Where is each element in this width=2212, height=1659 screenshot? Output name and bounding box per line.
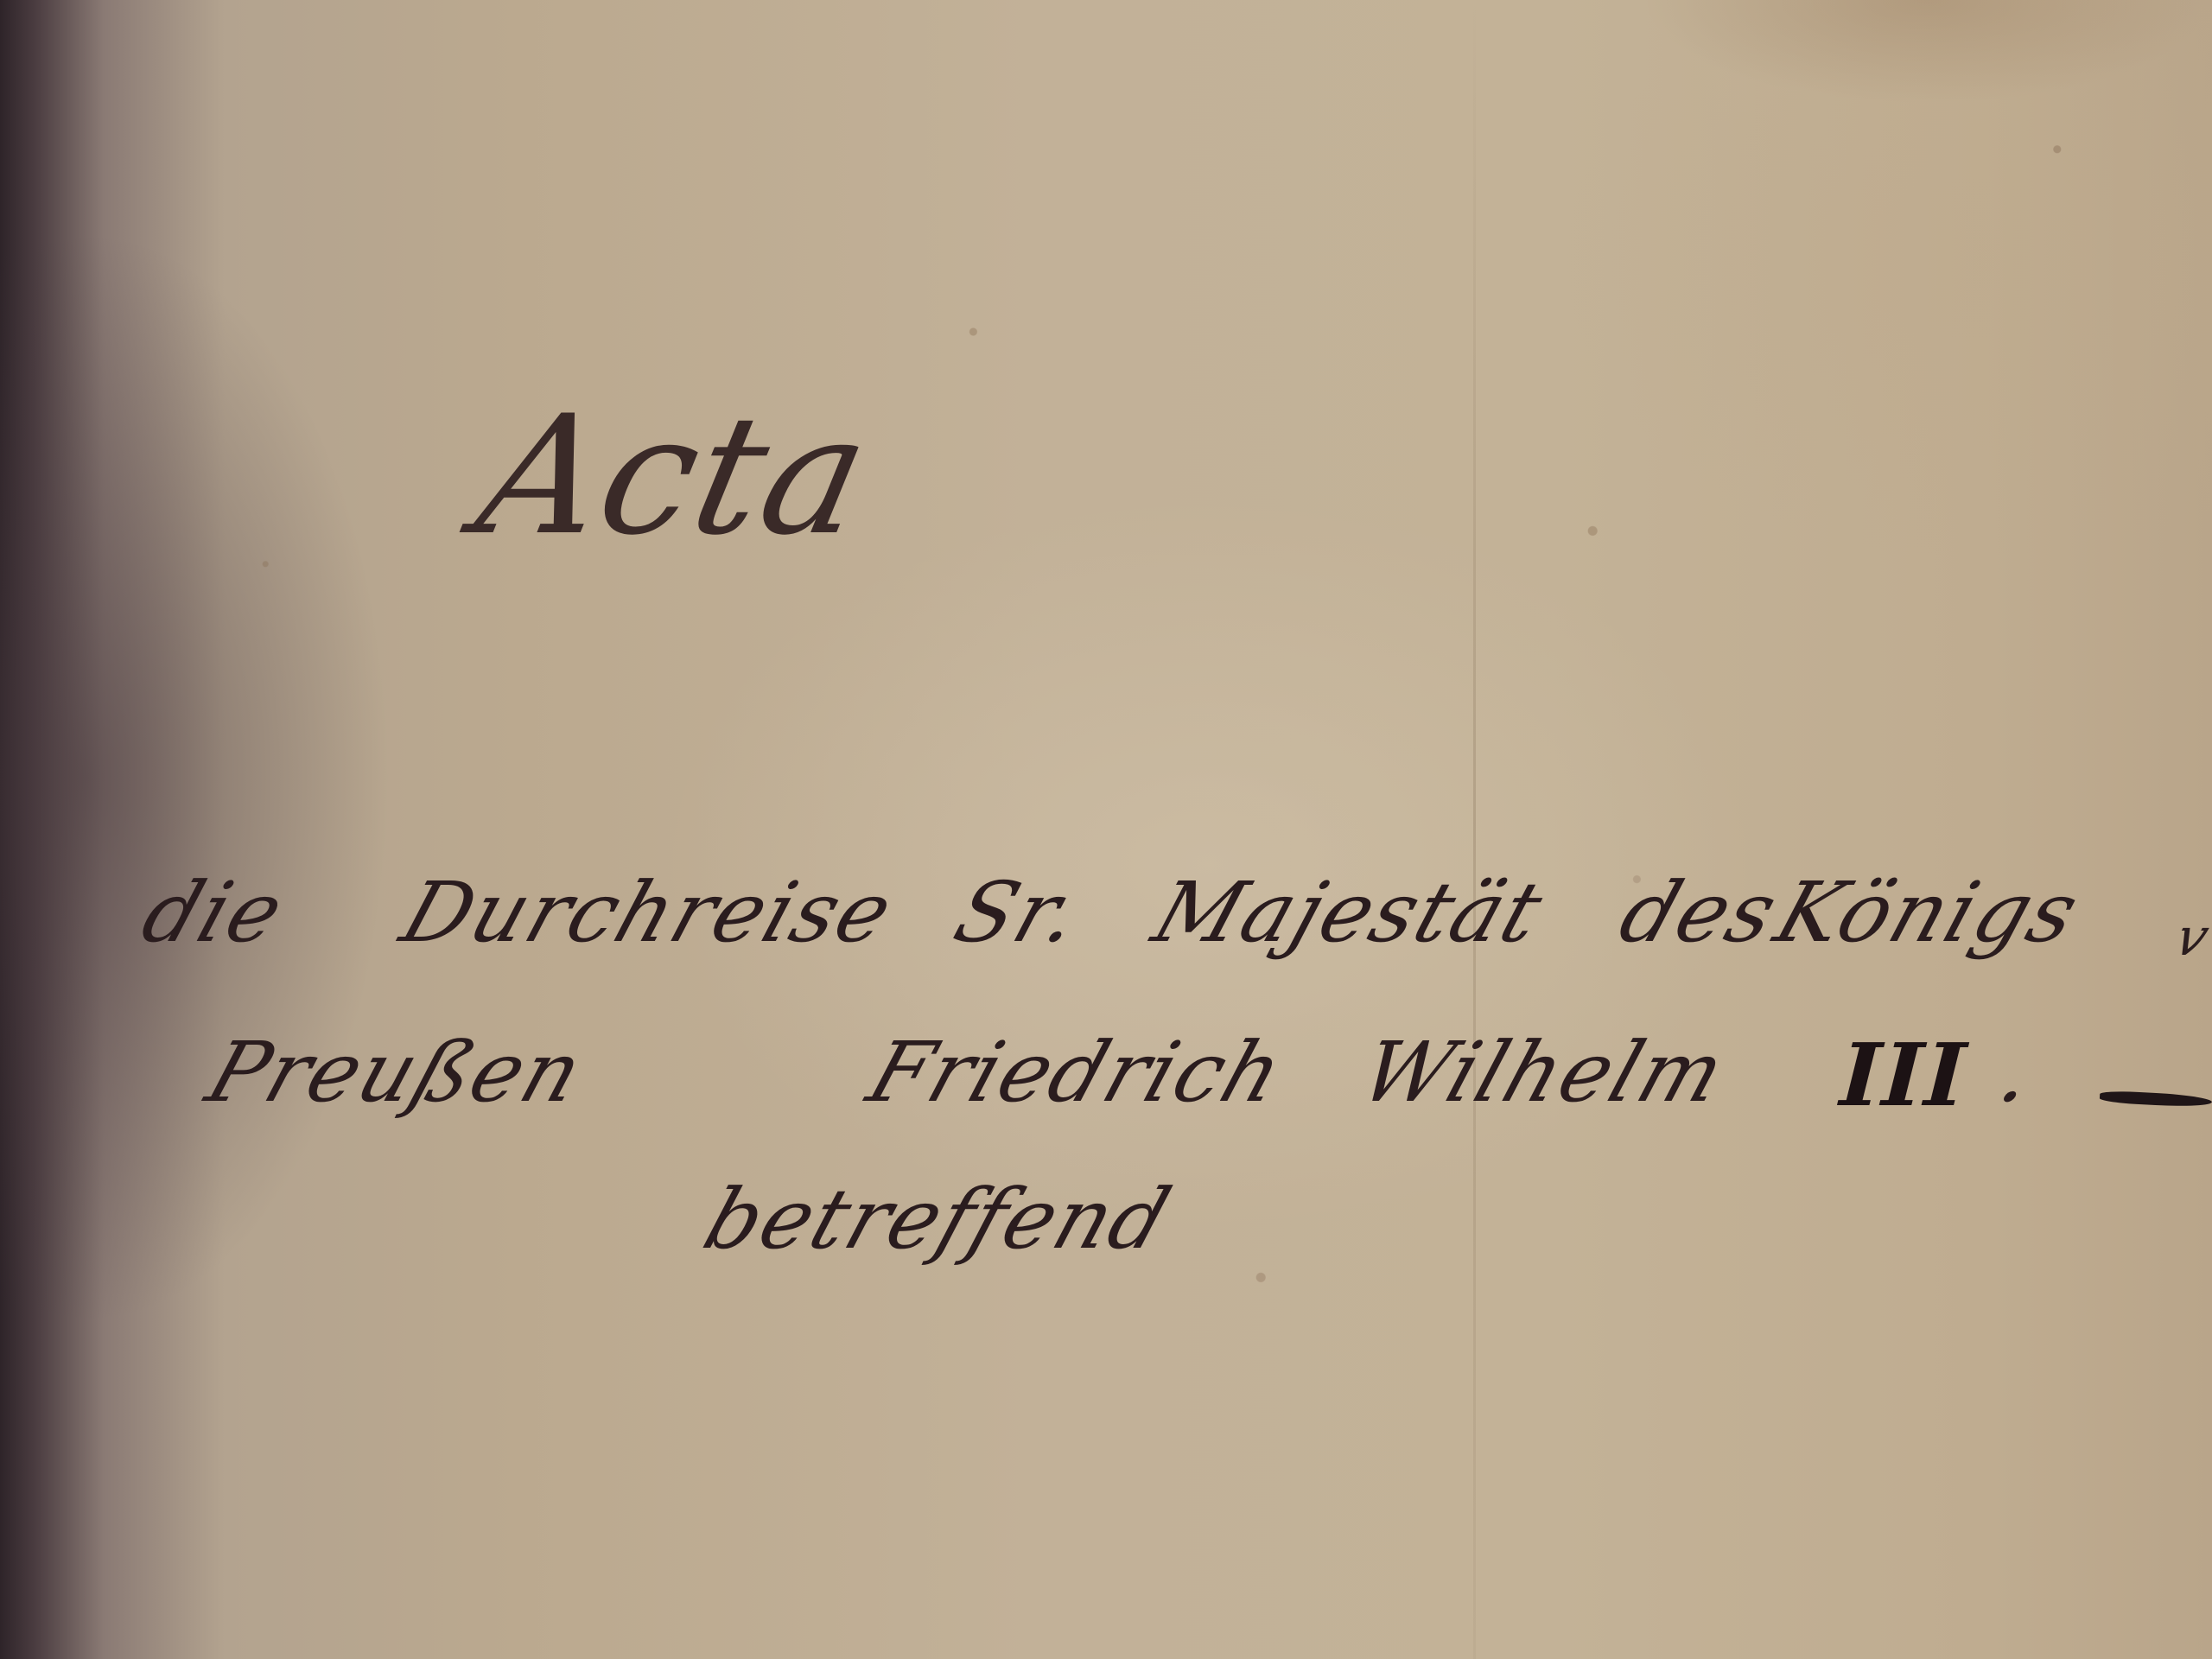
word-von-abbrev: v	[2168, 907, 2212, 968]
word-preussen: Preußen	[196, 1024, 595, 1121]
word-koenigs: Königs	[1764, 864, 2092, 961]
document-heading: Acta	[464, 380, 886, 571]
paper-stain	[1642, 0, 2212, 104]
word-wilhelm: Wilhelm	[1350, 1024, 1738, 1121]
word-durchreise: Durchreise	[391, 864, 906, 961]
ink-flourish-dash	[2100, 1090, 2212, 1109]
word-sr: Sr.	[944, 864, 1094, 961]
paper-fold-crease	[1473, 0, 1476, 1659]
word-des: des	[1609, 864, 1790, 961]
word-majestaet: Majestät	[1142, 864, 1555, 961]
word-friedrich: Friedrich	[857, 1024, 1296, 1121]
word-die: die	[131, 864, 296, 961]
document-page: Acta die Durchreise Sr. Majestät des Kön…	[0, 0, 2212, 1659]
period-mark: .	[1989, 1024, 2049, 1121]
roman-numeral-three: III	[1827, 1024, 1980, 1126]
word-betreffend: betreffend	[693, 1171, 1183, 1268]
